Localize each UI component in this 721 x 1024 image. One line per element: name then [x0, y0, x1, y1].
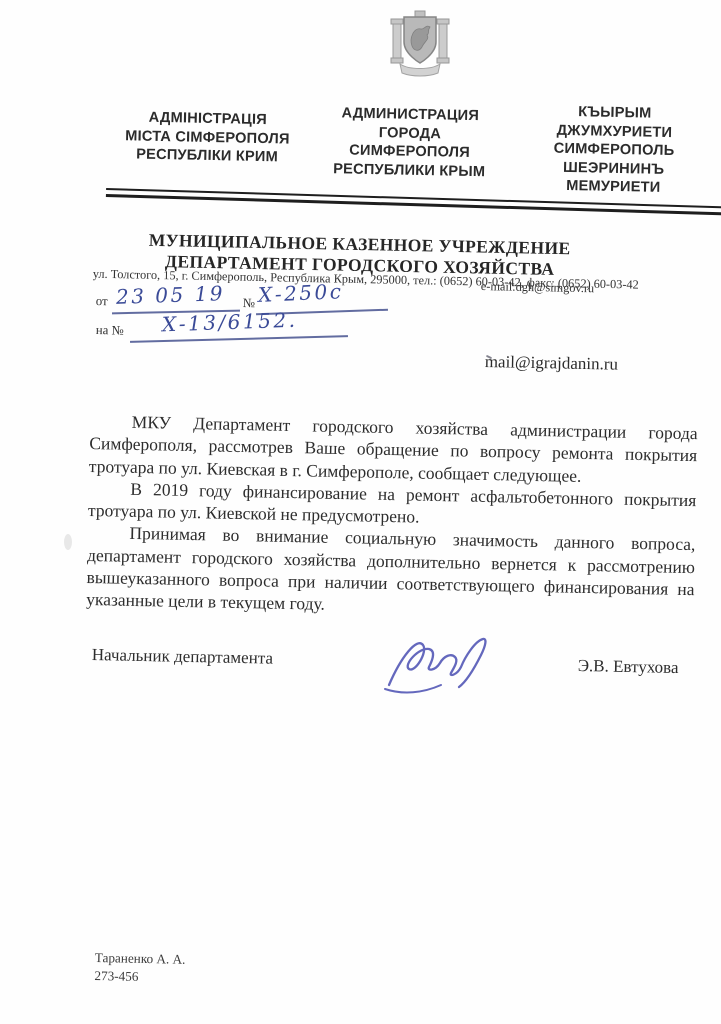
- executor-block: Тараненко А. А. 273-456: [94, 949, 185, 986]
- crimea-emblem-graphic: [383, 6, 457, 82]
- letter-body: МКУ Департамент городского хозяйства адм…: [86, 410, 698, 623]
- ref-reply-number-handwritten: Х-13/6152.: [162, 308, 298, 337]
- letterhead-russian: АДМИНИСТРАЦИЯ ГОРОДА СИМФЕРОПОЛЯ РЕСПУБЛ…: [322, 104, 498, 182]
- letterhead-crimean-tatar: КЪЫРЫМ ДЖУМХУРИЕТИ СИМФЕРОПОЛЬ ШЕЭРИНИНЪ…: [518, 102, 710, 199]
- scan-smudge: [64, 534, 72, 550]
- recipient-email: mail@igrajdanin.ru: [485, 352, 619, 375]
- letterhead-russian-line: АДМИНИСТРАЦИЯ: [323, 104, 498, 126]
- letterhead-ukrainian-line: РЕСПУБЛІКИ КРИМ: [111, 145, 303, 167]
- letterhead-crimean-tatar-line: МЕМУРИЕТИ: [518, 176, 708, 198]
- body-paragraph: Принимая во внимание социальную значимос…: [86, 521, 696, 622]
- crimea-emblem-icon: [383, 6, 457, 87]
- executor-phone: 273-456: [94, 966, 185, 985]
- org-email: e-mail:dgh@simgov.ru: [481, 279, 595, 296]
- letterhead-ukrainian: АДМІНІСТРАЦІЯ МІСТА СІМФЕРОПОЛЯ РЕСПУБЛІ…: [111, 108, 304, 168]
- ref-from-date-handwritten: 23 05 19: [116, 281, 226, 309]
- signoff-name: Э.В. Евтухова: [578, 656, 679, 678]
- ref-reply-label: на №: [96, 323, 124, 339]
- ref-number-handwritten: Х-250с: [258, 279, 344, 307]
- executor-name: Тараненко А. А.: [95, 949, 186, 968]
- signoff-position: Начальник департамента: [92, 645, 274, 669]
- body-paragraph: МКУ Департамент городского хозяйства адм…: [89, 410, 698, 489]
- signature-stroke: [383, 629, 493, 695]
- scanned-letter-page: АДМІНІСТРАЦІЯ МІСТА СІМФЕРОПОЛЯ РЕСПУБЛІ…: [0, 0, 721, 1024]
- signature-icon: [383, 629, 493, 700]
- letterhead-russian-line: РЕСПУБЛИКИ КРЫМ: [322, 160, 497, 182]
- ref-from-label: от: [96, 294, 108, 309]
